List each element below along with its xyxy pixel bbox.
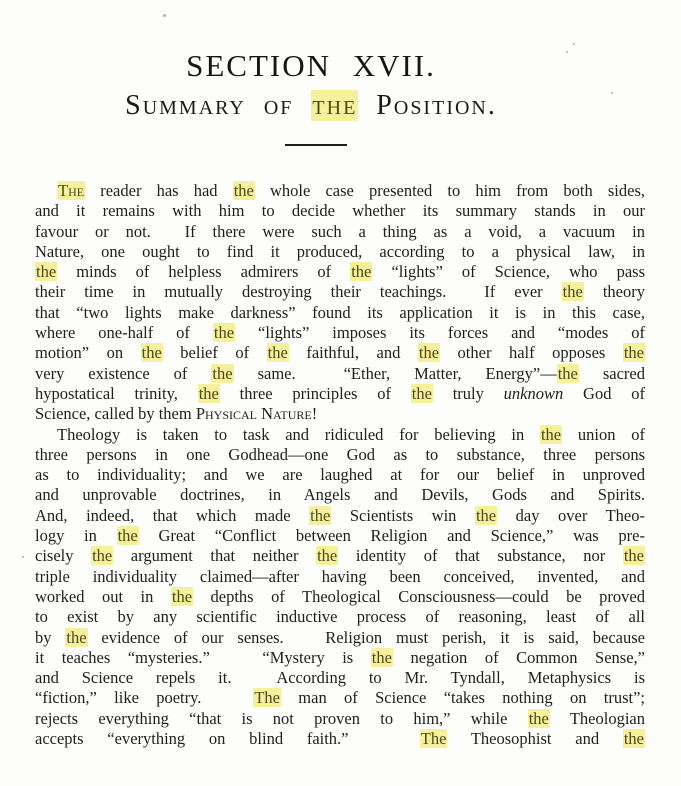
text-run: that “two lights make darkness” found it…: [35, 303, 645, 322]
text-run: and Science repels it. According to Mr. …: [35, 668, 645, 687]
text-run: whole case presented to him from both si…: [255, 181, 645, 200]
highlighted-term: the: [371, 648, 393, 667]
highlighted-term: the: [623, 343, 645, 362]
text-run: it teaches “mysteries.” “Mystery is: [35, 648, 371, 667]
highlighted-term: the: [528, 709, 550, 728]
highlighted-term: The: [57, 181, 85, 200]
text-line: their time in mutually destroying their …: [35, 282, 645, 302]
text-run: sacred: [579, 364, 645, 383]
text-line: as to individuality; and we are laughed …: [35, 465, 645, 485]
text-line: The reader has had the whole case presen…: [35, 181, 645, 201]
text-line: motion” on the belief of the faithful, a…: [35, 343, 645, 363]
text-line: accepts “everything on blind faith.” The…: [35, 729, 645, 749]
text-run: Theologian: [550, 709, 645, 728]
text-line: by the evidence of our senses. Religion …: [35, 628, 645, 648]
scan-speck: [573, 43, 575, 45]
section-divider: [285, 144, 347, 146]
text-run: by: [35, 628, 65, 647]
text-run: negation of Common Sense,”: [393, 648, 645, 667]
text-run: belief of: [163, 343, 267, 362]
highlighted-term: the: [411, 384, 433, 403]
text-run: identity of that substance, nor: [338, 546, 623, 565]
highlighted-term: the: [557, 364, 579, 383]
text-line: where one-half of the “lights” imposes i…: [35, 323, 645, 343]
text-run: Summary of: [125, 90, 311, 121]
text-run: “fiction,” like poetry.: [35, 688, 253, 707]
scan-speck: [163, 14, 166, 17]
text-line: that “two lights make darkness” found it…: [35, 303, 645, 323]
text-run: worked out in: [35, 587, 171, 606]
section-subtitle: Summary of the Position.: [0, 90, 622, 122]
highlighted-term: the: [213, 323, 235, 342]
scan-speck: [22, 556, 24, 558]
text-line: to exist by any scientific inductive pro…: [35, 607, 645, 627]
text-run: Physical Nature: [196, 404, 312, 423]
highlighted-term: The: [253, 688, 281, 707]
text-run: as to individuality; and we are laughed …: [35, 465, 645, 484]
scan-speck: [611, 92, 613, 94]
highlighted-term: the: [117, 526, 139, 545]
text-run: and unprovable doctrines, in Angels and …: [35, 485, 645, 504]
highlighted-term: The: [420, 729, 448, 748]
text-run: and it remains with him to decide whethe…: [35, 201, 645, 220]
highlighted-term: the: [316, 546, 338, 565]
text-run: day over Theo-: [497, 506, 645, 525]
text-run: union of: [562, 425, 645, 444]
text-run: And, indeed, that which made: [35, 506, 309, 525]
text-run: favour or not. If there were such a thin…: [35, 222, 645, 241]
highlighted-term: the: [65, 628, 87, 647]
text-line: logy in the Great “Conflict between Reli…: [35, 526, 645, 546]
text-line: rejects everything “that is not proven t…: [35, 709, 645, 729]
highlighted-term: the: [562, 282, 584, 301]
highlighted-term: the: [540, 425, 562, 444]
highlighted-term: the: [198, 384, 220, 403]
text-run: where one-half of: [35, 323, 213, 342]
text-run: their time in mutually destroying their …: [35, 282, 562, 301]
text-run: minds of helpless admirers of: [57, 262, 350, 281]
text-run: same. “Ether, Matter, Energy”—: [234, 364, 557, 383]
text-run: three principles of: [220, 384, 411, 403]
text-run: unknown: [504, 384, 564, 403]
text-run: Great “Conflict between Religion and Sci…: [139, 526, 645, 545]
text-line: favour or not. If there were such a thin…: [35, 222, 645, 242]
highlighted-term: the: [311, 90, 358, 121]
text-run: triple individuality claimed—after havin…: [35, 567, 645, 586]
highlighted-term: the: [309, 506, 331, 525]
text-line: the minds of helpless admirers of the “l…: [35, 262, 645, 282]
highlighted-term: the: [211, 364, 233, 383]
scanned-book-page: SECTION XVII. Summary of the Position. T…: [0, 0, 681, 786]
text-line: cisely the argument that neither the ide…: [35, 546, 645, 566]
text-run: Science, called by them: [35, 404, 196, 423]
text-run: truly: [433, 384, 504, 403]
highlighted-term: the: [623, 546, 645, 565]
text-run: Theology is taken to task and ridiculed …: [57, 425, 540, 444]
highlighted-term: the: [233, 181, 255, 200]
text-line: very existence of the same. “Ether, Matt…: [35, 364, 645, 384]
text-line: and Science repels it. According to Mr. …: [35, 668, 645, 688]
highlighted-term: the: [475, 506, 497, 525]
text-run: man of Science “takes nothing on trust”;: [281, 688, 645, 707]
text-line: it teaches “mysteries.” “Mystery is the …: [35, 648, 645, 668]
text-run: accepts “everything on blind faith.”: [35, 729, 420, 748]
highlighted-term: the: [35, 262, 57, 281]
text-run: other half opposes: [440, 343, 623, 362]
text-line: triple individuality claimed—after havin…: [35, 567, 645, 587]
text-run: three persons in one Godhead—one God as …: [35, 445, 645, 464]
text-run: !: [312, 404, 318, 423]
text-run: “lights” imposes its forces and “modes o…: [235, 323, 645, 342]
text-line: Nature, one ought to find it produced, a…: [35, 242, 645, 262]
highlighted-term: the: [171, 587, 193, 606]
text-run: motion” on: [35, 343, 141, 362]
text-line: “fiction,” like poetry. The man of Scien…: [35, 688, 645, 708]
text-run: hypostatical trinity,: [35, 384, 198, 403]
page-body: The reader has had the whole case presen…: [35, 181, 645, 749]
text-run: Position.: [358, 90, 497, 121]
highlighted-term: the: [267, 343, 289, 362]
text-run: reader has had: [85, 181, 233, 200]
text-run: cisely: [35, 546, 91, 565]
highlighted-term: the: [141, 343, 163, 362]
highlighted-term: the: [623, 729, 645, 748]
text-run: God of: [563, 384, 645, 403]
text-run: very existence of: [35, 364, 211, 383]
text-run: Scientists win: [331, 506, 475, 525]
text-run: theory: [584, 282, 645, 301]
text-line: Theology is taken to task and ridiculed …: [35, 425, 645, 445]
text-line: three persons in one Godhead—one God as …: [35, 445, 645, 465]
text-line: worked out in the depths of Theological …: [35, 587, 645, 607]
text-run: faithful, and: [289, 343, 418, 362]
text-line: And, indeed, that which made the Scienti…: [35, 506, 645, 526]
text-run: Theosophist and: [447, 729, 622, 748]
highlighted-term: the: [418, 343, 440, 362]
text-run: “lights” of Science, who pass: [372, 262, 645, 281]
highlighted-term: the: [91, 546, 113, 565]
text-line: and unprovable doctrines, in Angels and …: [35, 485, 645, 505]
scan-speck: [566, 51, 568, 53]
text-line: and it remains with him to decide whethe…: [35, 201, 645, 221]
text-run: rejects everything “that is not proven t…: [35, 709, 528, 728]
text-run: argument that neither: [113, 546, 316, 565]
text-line: hypostatical trinity, the three principl…: [35, 384, 645, 404]
section-heading: SECTION XVII.: [0, 48, 622, 84]
text-run: Nature, one ought to find it produced, a…: [35, 242, 645, 261]
text-run: logy in: [35, 526, 117, 545]
text-run: to exist by any scientific inductive pro…: [35, 607, 645, 626]
text-run: evidence of our senses. Religion must pe…: [88, 628, 645, 647]
highlighted-term: the: [350, 262, 372, 281]
text-line: Science, called by them Physical Nature!: [35, 404, 645, 424]
text-run: depths of Theological Consciousness—coul…: [193, 587, 645, 606]
